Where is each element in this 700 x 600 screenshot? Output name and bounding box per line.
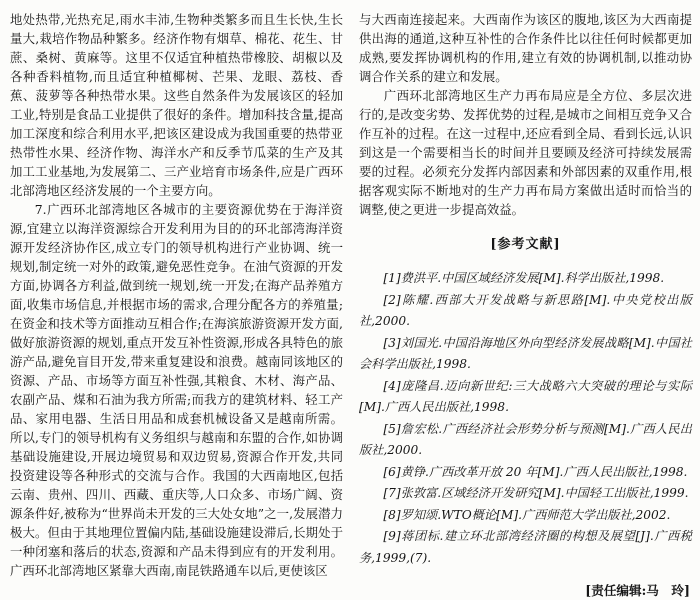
reference-item-6: [6]黄铮.广西改革开放 20 年[M].广西人民出版社,1998. [359,462,692,484]
editor-credit: [责任编辑:马 玲] [359,581,692,600]
reference-item-9: [9]蒋团标.建立环北部湾经济圈的构想及展望[J].广西税务,1999,(7). [359,526,692,569]
reference-item-3: [3]刘国光.中国沿海地区外向型经济发展战略[M].中国社会科学出版社,1998… [359,333,692,376]
reference-item-5: [5]詹宏松.广西经济社会形势分析与预测[M].广西人民出版社,2000. [359,419,692,462]
left-column: 地处热带,光热充足,雨水丰沛,生物种类繁多而且生长快,生长量大,栽培作物品种繁多… [10,10,343,592]
right-column: 与大西南连接起来。大西南作为该区的腹地,该区为大西南提供出海的通道,这种互补性的… [359,10,692,592]
left-paragraph-continuation: 地处热带,光热充足,雨水丰沛,生物种类繁多而且生长快,生长量大,栽培作物品种繁多… [10,10,343,200]
reference-item-4: [4]庞隆昌.迈向新世纪:三大战略六大突破的理论与实际[M].广西人民出版社,1… [359,376,692,419]
references-heading: [参考文献] [359,235,692,254]
reference-item-1: [1]费洪平.中国区域经济发展[M].科学出版社,1998. [359,268,692,290]
reference-item-2: [2]陈耀.西部大开发战略与新思路[M].中央党校出版社,2000. [359,290,692,333]
right-paragraph-conclusion: 广西环北部湾地区生产力再布局应是全方位、多层次进行的,是改变劣势、发挥优势的过程… [359,86,692,219]
article-page: 地处热带,光热充足,雨水丰沛,生物种类繁多而且生长快,生长量大,栽培作物品种繁多… [0,0,700,600]
reference-item-8: [8]罗知颂.WTO概论[M].广西师范大学出版社,2002. [359,505,692,527]
right-paragraph-continuation: 与大西南连接起来。大西南作为该区的腹地,该区为大西南提供出海的通道,这种互补性的… [359,10,692,86]
reference-item-7: [7]张敦富.区域经济开发研究[M].中国轻工出版社,1999. [359,483,692,505]
left-paragraph-point-7: 7.广西环北部湾地区各城市的主要资源优势在于海洋资源,宜建立以海洋资源综合开发利… [10,200,343,580]
